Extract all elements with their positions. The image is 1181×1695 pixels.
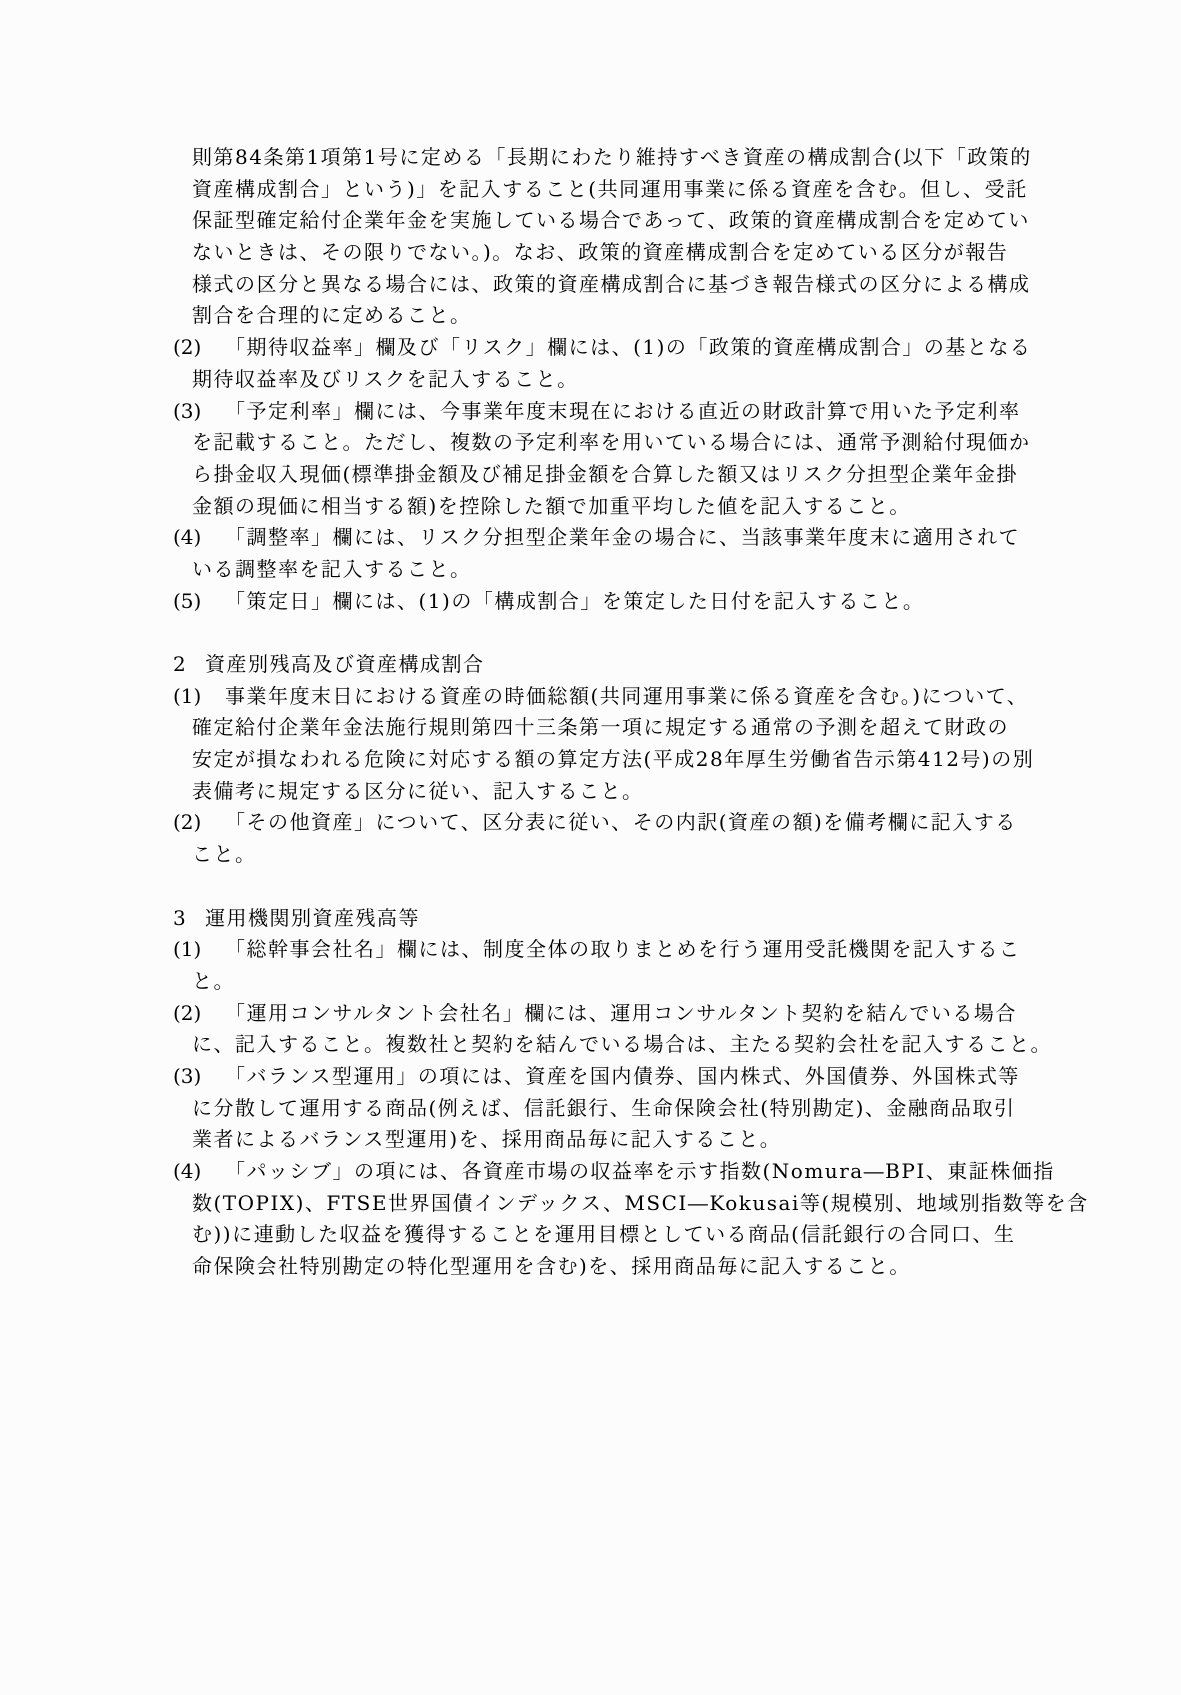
text-line: 様式の区分と異なる場合には、政策的資産構成割合に基づき報告様式の区分による構成 (173, 269, 1063, 301)
text-line: 業者によるバランス型運用)を、採用商品毎に記入すること。 (173, 1124, 1063, 1156)
text-line: こと。 (173, 839, 1063, 871)
text-line: 則第84条第1項第1号に定める「長期にわたり維持すべき資産の構成割合(以下「政策… (173, 142, 1063, 174)
text-line: 保証型確定給付企業年金を実施している場合であって、政策的資産構成割合を定めてい (173, 205, 1063, 237)
item-marker: (2) (173, 998, 225, 1030)
section-heading-2: 2資産別残高及び資産構成割合 (173, 649, 1063, 681)
item-text: 「その他資産」について、区分表に従い、その内訳(資産の額)を備考欄に記入する (225, 810, 1017, 834)
list-item: (1)「総幹事会社名」欄には、制度全体の取りまとめを行う運用受託機関を記入するこ… (173, 934, 1063, 997)
item-marker: (2) (173, 807, 225, 839)
item-marker: (3) (173, 396, 225, 428)
paragraph-continuation: 則第84条第1項第1号に定める「長期にわたり維持すべき資産の構成割合(以下「政策… (173, 142, 1063, 332)
item-text: 「策定日」欄には、(1)の「構成割合」を策定した日付を記入すること。 (225, 589, 924, 613)
list-item: (2)「運用コンサルタント会社名」欄には、運用コンサルタント契約を結んでいる場合… (173, 998, 1063, 1061)
text-line: 資産構成割合」という)」を記入すること(共同運用事業に係る資産を含む。但し、受託 (173, 174, 1063, 206)
text-line: ないときは、その限りでない。)。なお、政策的資産構成割合を定めている区分が報告 (173, 237, 1063, 269)
text-line: 数(TOPIX)、FTSE世界国債インデックス、MSCI―Kokusai等(規模… (173, 1188, 1063, 1220)
text-line: 割合を合理的に定めること。 (173, 300, 1063, 332)
text-line: 2資産別残高及び資産構成割合 (173, 649, 1063, 681)
document-text-block: 則第84条第1項第1号に定める「長期にわたり維持すべき資産の構成割合(以下「政策… (173, 142, 1063, 1283)
item-marker: (1) (173, 934, 225, 966)
section-number: 2 (173, 649, 205, 681)
item-marker: (2) (173, 332, 225, 364)
list-item: (3)「予定利率」欄には、今事業年度末現在における直近の財政計算で用いた予定利率… (173, 396, 1063, 523)
text-line: 3運用機関別資産残高等 (173, 903, 1063, 935)
text-line: (4)「調整率」欄には、リスク分担型企業年金の場合に、当該事業年度末に適用されて (173, 522, 1063, 554)
text-line: (1)事業年度末日における資産の時価総額(共同運用事業に係る資産を含む。)につい… (173, 681, 1063, 713)
item-marker: (1) (173, 681, 225, 713)
item-marker: (4) (173, 1156, 225, 1188)
list-item: (2)「期待収益率」欄及び「リスク」欄には、(1)の「政策的資産構成割合」の基と… (173, 332, 1063, 395)
blank-line (173, 617, 1063, 649)
item-text: 「運用コンサルタント会社名」欄には、運用コンサルタント契約を結んでいる場合 (225, 1001, 1017, 1025)
text-line: (2)「期待収益率」欄及び「リスク」欄には、(1)の「政策的資産構成割合」の基と… (173, 332, 1063, 364)
list-item: (3)「バランス型運用」の項には、資産を国内債券、国内株式、外国債券、外国株式等… (173, 1061, 1063, 1156)
item-text: 「総幹事会社名」欄には、制度全体の取りまとめを行う運用受託機関を記入するこ (225, 937, 1021, 961)
text-line: 表備考に規定する区分に従い、記入すること。 (173, 776, 1063, 808)
section-number: 3 (173, 903, 205, 935)
text-line: いる調整率を記入すること。 (173, 554, 1063, 586)
list-item: (1)事業年度末日における資産の時価総額(共同運用事業に係る資産を含む。)につい… (173, 681, 1063, 808)
item-text: 「期待収益率」欄及び「リスク」欄には、(1)の「政策的資産構成割合」の基となる (225, 335, 1031, 359)
list-item: (2)「その他資産」について、区分表に従い、その内訳(資産の額)を備考欄に記入す… (173, 807, 1063, 870)
text-line: 安定が損なわれる危険に対応する額の算定方法(平成28年厚生労働省告示第412号)… (173, 744, 1063, 776)
item-marker: (4) (173, 522, 225, 554)
text-line: 命保険会社特別勘定の特化型運用を含む)を、採用商品毎に記入すること。 (173, 1251, 1063, 1283)
text-line: (3)「予定利率」欄には、今事業年度末現在における直近の財政計算で用いた予定利率 (173, 396, 1063, 428)
item-text: 「パッシブ」の項には、各資産市場の収益率を示す指数(Nomura―BPI、東証株… (225, 1159, 1055, 1183)
text-line: 確定給付企業年金法施行規則第四十三条第一項に規定する通常の予測を超えて財政の (173, 712, 1063, 744)
section-title: 資産別残高及び資産構成割合 (205, 652, 485, 676)
list-item: (4)「調整率」欄には、リスク分担型企業年金の場合に、当該事業年度末に適用されて… (173, 522, 1063, 585)
item-text: 事業年度末日における資産の時価総額(共同運用事業に係る資産を含む。)について、 (225, 684, 1028, 708)
text-line: に、記入すること。複数社と契約を結んでいる場合は、主たる契約会社を記入すること。 (173, 1029, 1063, 1061)
item-text: 「調整率」欄には、リスク分担型企業年金の場合に、当該事業年度末に適用されて (225, 525, 1020, 549)
text-line: (4)「パッシブ」の項には、各資産市場の収益率を示す指数(Nomura―BPI、… (173, 1156, 1063, 1188)
section-heading-3: 3運用機関別資産残高等 (173, 903, 1063, 935)
text-line: ら掛金収入現価(標準掛金額及び補足掛金額を合算した額又はリスク分担型企業年金掛 (173, 459, 1063, 491)
text-line: (2)「運用コンサルタント会社名」欄には、運用コンサルタント契約を結んでいる場合 (173, 998, 1063, 1030)
text-line: 期待収益率及びリスクを記入すること。 (173, 364, 1063, 396)
list-item: (5)「策定日」欄には、(1)の「構成割合」を策定した日付を記入すること。 (173, 586, 1063, 618)
section-title: 運用機関別資産残高等 (205, 906, 420, 930)
item-text: 「バランス型運用」の項には、資産を国内債券、国内株式、外国債券、外国株式等 (225, 1064, 1020, 1088)
text-line: と。 (173, 966, 1063, 998)
text-line: に分散して運用する商品(例えば、信託銀行、生命保険会社(特別勘定)、金融商品取引 (173, 1093, 1063, 1125)
list-item: (4)「パッシブ」の項には、各資産市場の収益率を示す指数(Nomura―BPI、… (173, 1156, 1063, 1283)
text-line: む))に連動した収益を獲得することを運用目標としている商品(信託銀行の合同口、生 (173, 1219, 1063, 1251)
blank-line (173, 871, 1063, 903)
item-marker: (3) (173, 1061, 225, 1093)
text-line: (1)「総幹事会社名」欄には、制度全体の取りまとめを行う運用受託機関を記入するこ (173, 934, 1063, 966)
text-line: 金額の現価に相当する額)を控除した額で加重平均した値を記入すること。 (173, 491, 1063, 523)
item-text: 「予定利率」欄には、今事業年度末現在における直近の財政計算で用いた予定利率 (225, 399, 1021, 423)
item-marker: (5) (173, 586, 225, 618)
text-line: (5)「策定日」欄には、(1)の「構成割合」を策定した日付を記入すること。 (173, 586, 1063, 618)
text-line: (3)「バランス型運用」の項には、資産を国内債券、国内株式、外国債券、外国株式等 (173, 1061, 1063, 1093)
document-page: { "page": { "bg_color": "#fcfcfc", "text… (0, 0, 1181, 1695)
text-line: (2)「その他資産」について、区分表に従い、その内訳(資産の額)を備考欄に記入す… (173, 807, 1063, 839)
text-line: を記載すること。ただし、複数の予定利率を用いている場合には、通常予測給付現価か (173, 427, 1063, 459)
